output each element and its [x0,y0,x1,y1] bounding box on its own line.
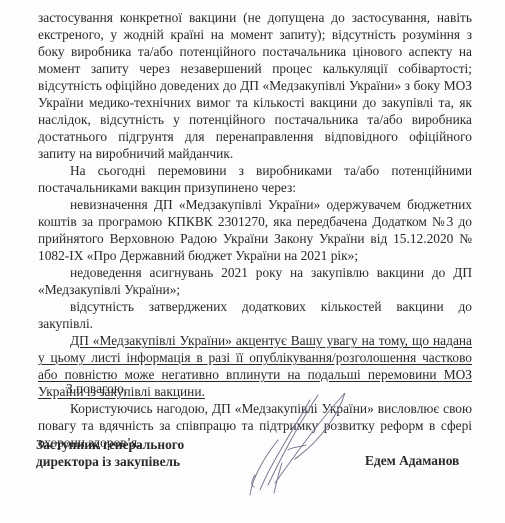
signatory-title-line2: директора із закупівель [36,453,184,470]
paragraph-negotiations-suspended: На сьогодні перемовини з виробниками та/… [38,162,472,196]
document-page: застосування конкретної вакцини (не допу… [0,0,505,523]
paragraph-appropriations: недоведення асигнувань 2021 року на заку… [38,264,472,298]
closing-salutation: З повагою, [66,381,127,397]
paragraph-vaccine-reasons: застосування конкретної вакцини (не допу… [38,9,472,162]
handwritten-signature [240,385,370,500]
signatory-title-line1: Заступник генерального [36,436,184,453]
signatory-title: Заступник генерального директора із заку… [36,436,184,470]
paragraph-budget-recipient: невизначення ДП «Медзакупівлі України» о… [38,196,472,264]
signatory-name: Едем Адаманов [365,453,459,469]
paragraph-quantities: відсутність затверджених додаткових кіль… [38,298,472,332]
